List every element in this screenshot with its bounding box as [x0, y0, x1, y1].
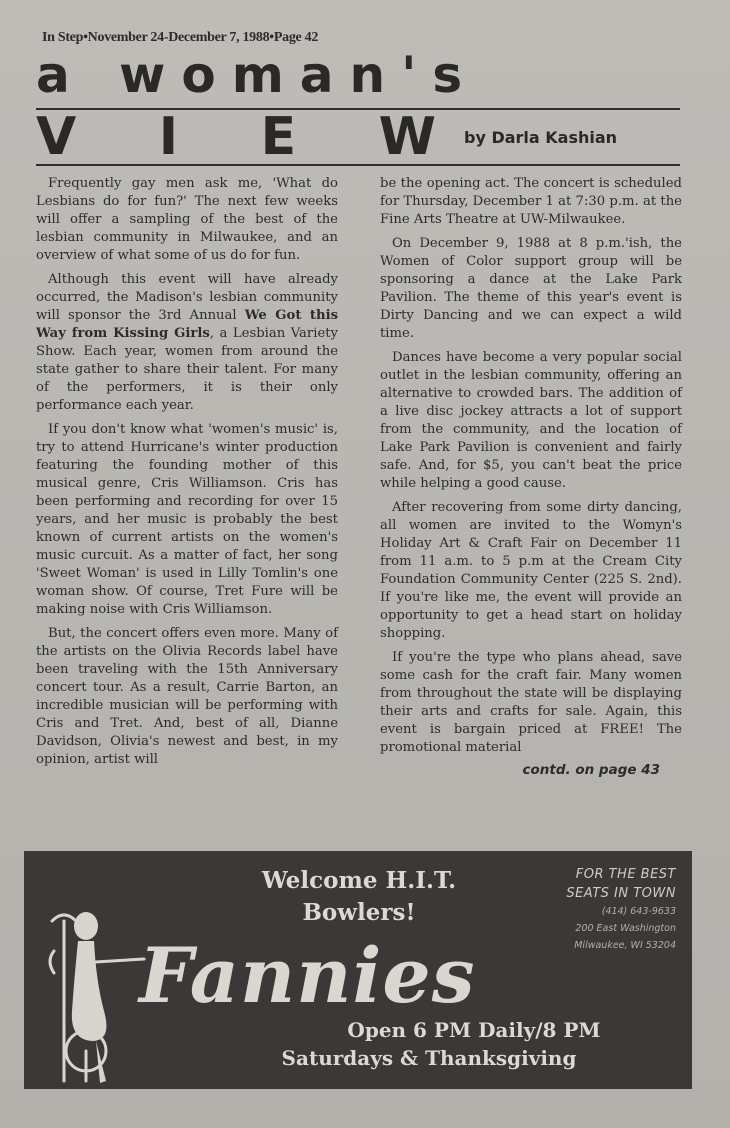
hours-line: Open 6 PM Daily/8 PM [264, 1016, 684, 1044]
page-folio: In Step•November 24-December 7, 1988•Pag… [42, 30, 318, 46]
hours-line: Saturdays & Thanksgiving [174, 1044, 684, 1072]
title-letter: V [36, 107, 76, 167]
title-letter: I [159, 107, 178, 167]
street-address: 200 East Washington [566, 920, 676, 937]
paragraph: be the opening act. The concert is sched… [380, 175, 682, 229]
article-column-right: be the opening act. The concert is sched… [380, 175, 682, 779]
newspaper-page: In Step•November 24-December 7, 1988•Pag… [0, 0, 730, 1128]
title-rule-bottom [36, 164, 680, 166]
paragraph: Frequently gay men ask me, 'What do Lesb… [36, 175, 338, 265]
tagline: FOR THE BEST [566, 865, 676, 884]
byline: by Darla Kashian [464, 128, 617, 147]
paragraph: If you don't know what 'women's music' i… [36, 421, 338, 619]
paragraph: After recovering from some dirty dancing… [380, 499, 682, 643]
woman-on-stool-icon [34, 891, 154, 1086]
welcome-line: Welcome H.I.T. [214, 865, 504, 897]
title-letter: W [379, 107, 436, 167]
column-title-line1: a woman's [36, 48, 478, 102]
ad-brand-name: Fannies [139, 931, 476, 1021]
welcome-line: Bowlers! [214, 897, 504, 929]
title-letter: E [261, 107, 297, 167]
ad-hours: Open 6 PM Daily/8 PM Saturdays & Thanksg… [264, 1016, 684, 1072]
ad-contact-info: FOR THE BEST SEATS IN TOWN (414) 643-963… [566, 865, 676, 954]
column-title-line2: V I E W [36, 112, 436, 162]
tagline: SEATS IN TOWN [566, 884, 676, 903]
paragraph: Dances have become a very popular social… [380, 349, 682, 493]
continued-notice: contd. on page 43 [380, 761, 682, 779]
ad-welcome-message: Welcome H.I.T. Bowlers! [214, 865, 504, 929]
article-column-left: Frequently gay men ask me, 'What do Lesb… [36, 175, 338, 775]
fannies-advertisement: Welcome H.I.T. Bowlers! Fannies Open 6 P… [24, 851, 692, 1089]
title-rule-top [36, 108, 680, 110]
phone-number: (414) 643-9633 [566, 903, 676, 920]
paragraph: If you're the type who plans ahead, save… [380, 649, 682, 757]
paragraph: But, the concert offers even more. Many … [36, 625, 338, 769]
paragraph: On December 9, 1988 at 8 p.m.'ish, the W… [380, 235, 682, 343]
city-address: Milwaukee, WI 53204 [566, 937, 676, 954]
paragraph: Although this event will have already oc… [36, 271, 338, 415]
